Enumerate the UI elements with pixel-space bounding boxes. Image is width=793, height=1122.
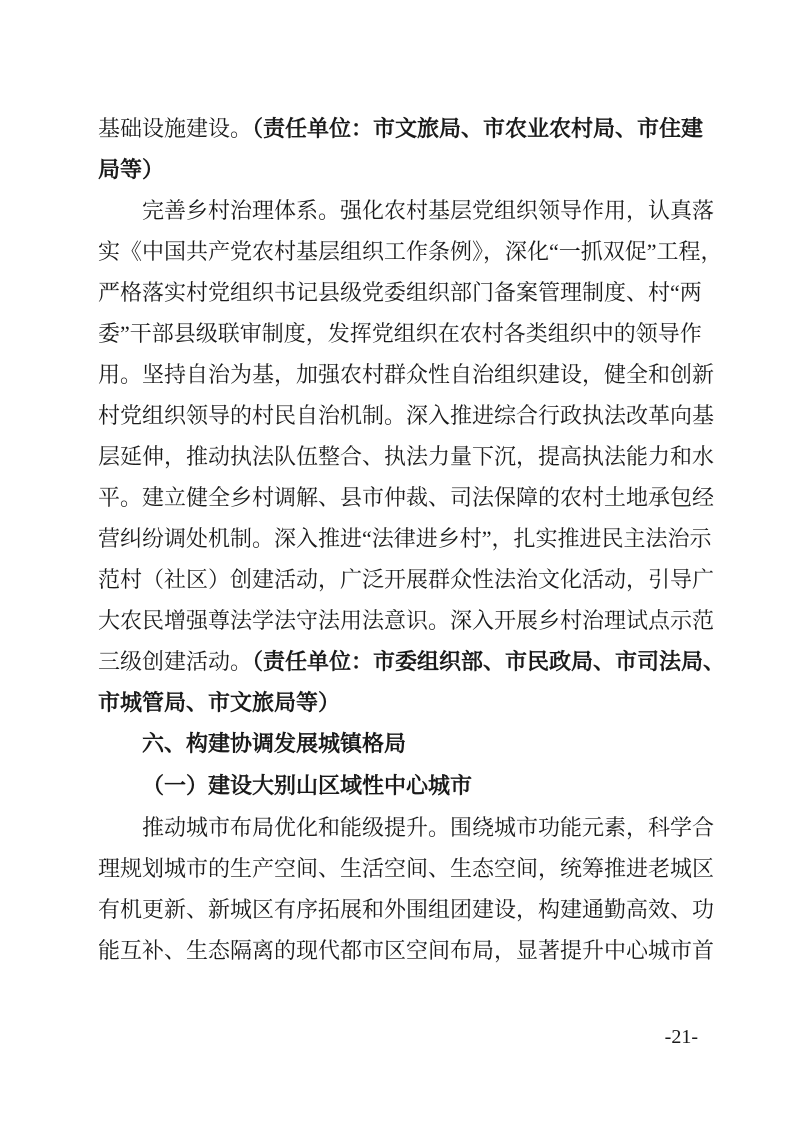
text-line: 委”干部县级联审制度，发挥党组织在农村各类组织中的领导作 bbox=[98, 313, 698, 354]
responsibility-clause: （责任单位：市文旅局、市农业农村局、市住建 bbox=[252, 116, 703, 141]
document-body: 基础设施建设。（责任单位：市文旅局、市农业农村局、市住建 局等） 完善乡村治理体… bbox=[98, 108, 698, 971]
body-text: 三级创建活动。 bbox=[98, 649, 252, 674]
text-line: 推动城市布局优化和能级提升。围绕城市功能元素，科学合 bbox=[98, 807, 698, 848]
text-line: 营纠纷调处机制。深入推进“法律进乡村”，扎实推进民主法治示 bbox=[98, 518, 698, 559]
text-line: 理规划城市的生产空间、生活空间、生态空间，统筹推进老城区 bbox=[98, 848, 698, 889]
responsibility-clause: （责任单位：市委组织部、市民政局、市司法局、 bbox=[252, 649, 725, 674]
text-line: 基础设施建设。（责任单位：市文旅局、市农业农村局、市住建 bbox=[98, 108, 698, 149]
text-line: 用。坚持自治为基，加强农村群众性自治组织建设，健全和创新 bbox=[98, 354, 698, 395]
page-number: -21- bbox=[665, 1024, 698, 1050]
text-line: 有机更新、新城区有序拓展和外围组团建设，构建通勤高效、功 bbox=[98, 889, 698, 930]
text-line: 三级创建活动。（责任单位：市委组织部、市民政局、市司法局、 bbox=[98, 641, 698, 682]
text-line: 能互补、生态隔离的现代都市区空间布局，显著提升中心城市首 bbox=[98, 930, 698, 971]
text-line: 局等） bbox=[98, 149, 698, 190]
text-line: 层延伸，推动执法队伍整合、执法力量下沉，提高执法能力和水 bbox=[98, 436, 698, 477]
responsibility-clause: 局等） bbox=[98, 157, 164, 182]
text-line: 大农民增强尊法学法守法用法意识。深入开展乡村治理试点示范 bbox=[98, 600, 698, 641]
text-line: 平。建立健全乡村调解、县市仲裁、司法保障的农村土地承包经 bbox=[98, 477, 698, 518]
text-line: 实《中国共产党农村基层组织工作条例》，深化“一抓双促”工程， bbox=[98, 231, 698, 272]
text-line: 范村（社区）创建活动，广泛开展群众性法治文化活动，引导广 bbox=[98, 559, 698, 600]
subsection-heading: （一）建设大别山区域性中心城市 bbox=[98, 765, 698, 807]
text-line: 完善乡村治理体系。强化农村基层党组织领导作用，认真落 bbox=[98, 190, 698, 231]
document-page: 基础设施建设。（责任单位：市文旅局、市农业农村局、市住建 局等） 完善乡村治理体… bbox=[0, 0, 793, 1122]
body-text: 基础设施建设。 bbox=[98, 116, 252, 141]
text-line: 市城管局、市文旅局等） bbox=[98, 682, 698, 723]
text-line: 村党组织领导的村民自治机制。深入推进综合行政执法改革向基 bbox=[98, 395, 698, 436]
text-line: 严格落实村党组织书记县级党委组织部门备案管理制度、村“两 bbox=[98, 272, 698, 313]
responsibility-clause: 市城管局、市文旅局等） bbox=[98, 690, 340, 715]
section-heading: 六、构建协调发展城镇格局 bbox=[98, 723, 698, 765]
